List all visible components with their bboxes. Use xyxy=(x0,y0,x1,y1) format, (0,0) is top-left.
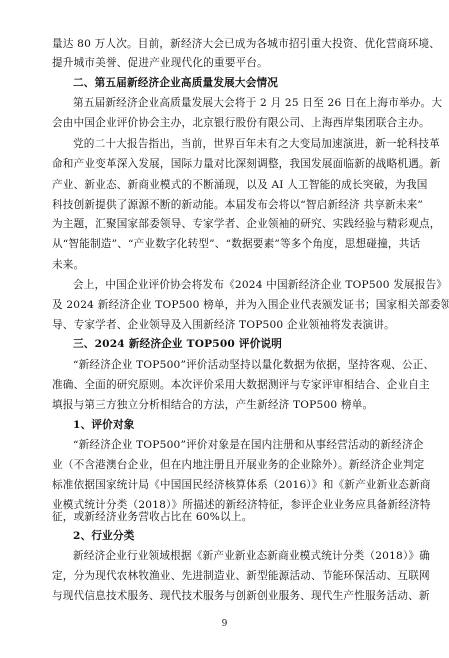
paragraph-line: 定，分为现代农林牧渔业、先进制造业、新型能源活动、节能环保活动、互联网 xyxy=(52,570,397,583)
paragraph-line: 会由中国企业评价协会主办，北京银行股份有限公司、上海西岸集团联合主办。 xyxy=(52,117,397,130)
document-page: 量达 80 万人次。目前，新经济大会已成为各城市招引重大投资、优化营商环境、 提… xyxy=(0,0,449,658)
subsection-heading: 1、评价对象 xyxy=(73,419,397,432)
paragraph-line: 及 2024 新经济企业 TOP500 榜单，并为入围企业代表颁发证书；国家相关… xyxy=(52,299,397,312)
subsection-heading: 2、行业分类 xyxy=(73,530,397,543)
paragraph-line: 从“智能制造”、“产业数字化转型”、“数据要素”等多个角度，思想碰撞，共话 xyxy=(52,238,397,251)
paragraph-line: 量达 80 万人次。目前，新经济大会已成为各城市招引重大投资、优化营商环境、 xyxy=(52,38,397,51)
paragraph-line: 标准依据国家统计局《中国国民经济核算体系（2016）》和《新产业新业态新商 xyxy=(52,479,397,492)
paragraph-line: 党的二十大报告指出，当前，世界百年未有之大变局加速演进，新一轮科技革 xyxy=(73,138,397,151)
section-heading: 二、第五届新经济企业高质量发展大会情况 xyxy=(73,77,397,90)
paragraph-line: 准确、全面的研究原则。本次评价采用大数据测评与专家评审相结合、企业自主 xyxy=(52,379,397,392)
paragraph-line: 为主题，汇聚国家部委领导、专家学者、企业领袖的研究、实践经验与精彩观点， xyxy=(52,218,397,231)
paragraph-line: 填报与第三方独立分析相结合的方法，产生新经济 TOP500 榜单。 xyxy=(52,399,397,412)
paragraph-line: 第五届新经济企业高质量发展大会将于 2 月 25 日至 26 日在上海市举办。大 xyxy=(73,97,397,110)
paragraph-line: 会上，中国企业评价协会将发布《2024 中国新经济企业 TOP500 发展报告》 xyxy=(73,279,397,292)
paragraph-line: 未来。 xyxy=(52,259,397,272)
section-heading: 三、2024 新经济企业 TOP500 评价说明 xyxy=(73,338,397,351)
paragraph-line: 业（不含港澳台企业，但在内地注册且开展业务的企业除外）。新经济企业判定 xyxy=(52,459,397,472)
paragraph-line: 新经济企业行业领域根据《新产业新业态新商业模式统计分类（2018）》确 xyxy=(73,550,397,563)
paragraph-line: 科技创新提供了源源不断的新动能。本届发布会将以“智启新经济 共享新未来” xyxy=(52,199,397,212)
paragraph-line: 征，或新经济业务营收占比在 60%以上。 xyxy=(52,511,397,524)
paragraph-line: 命和产业变革深入发展，国际力量对比深刻调整，我国发展面临新的战略机遇。新 xyxy=(52,158,397,171)
paragraph-line: 产业、新业态、新商业模式的不断涌现，以及 AI 人工智能的成长突破，为我国 xyxy=(52,179,397,192)
paragraph-line: “新经济企业 TOP500”评价活动坚持以量化数据为依据，坚持客观、公正、 xyxy=(73,359,397,372)
page-number: 9 xyxy=(0,619,449,629)
paragraph-line: 与现代信息技术服务、现代技术服务与创新创业服务、现代生产性服务活动、新 xyxy=(52,590,397,603)
paragraph-line: 导、专家学者、企业领导及入围新经济 TOP500 企业领袖将发表演讲。 xyxy=(52,319,397,332)
paragraph-line: “新经济企业 TOP500”评价对象是在国内注册和从事经营活动的新经济企 xyxy=(73,439,397,452)
paragraph-line: 提升城市美誉、促进产业现代化的重要平台。 xyxy=(52,57,397,70)
